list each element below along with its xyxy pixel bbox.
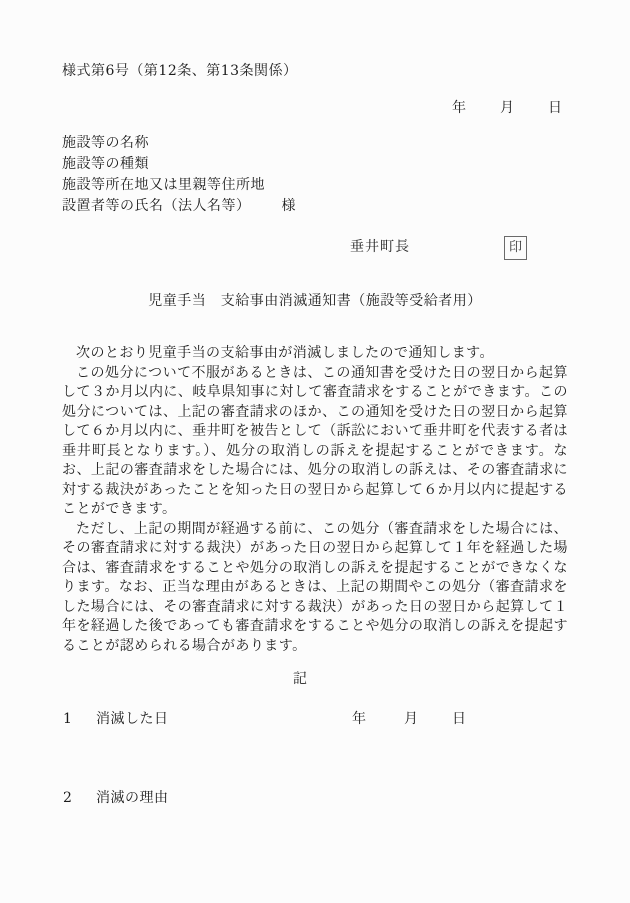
addressee-block: 施設等の名称 施設等の種類 施設等所在地又は里親等住所地 設置者等の氏名（法人名…	[62, 133, 296, 217]
body-text: 次のとおり児童手当の支給事由が消滅しましたので通知します。 この処分について不服…	[62, 344, 568, 656]
sender-name: 垂井町長	[350, 238, 410, 258]
body-paragraph-appeal: この処分について不服があるときは、この通知書を受けた日の翌日から起算して３か月以…	[62, 364, 568, 520]
document-title: 児童手当 支給事由消滅通知書（施設等受給者用）	[0, 292, 630, 312]
honorific-sama: 様	[281, 198, 296, 214]
issue-date-month-label: 月	[500, 99, 514, 119]
item-1-day-label: 日	[452, 710, 466, 730]
issue-date-line: 年 月 日	[0, 99, 630, 119]
item-2-label: 消滅の理由	[96, 789, 169, 809]
item-row-extinction-reason: 2 消滅の理由	[0, 789, 630, 811]
body-paragraph-deadline: ただし、上記の期間が経過する前に、この処分（審査請求をした場合には、その審査請求…	[62, 520, 568, 657]
body-paragraph-notice: 次のとおり児童手当の支給事由が消滅しましたので通知します。	[62, 344, 568, 364]
issue-date-year-label: 年	[452, 99, 466, 119]
facility-address-label: 施設等所在地又は里親等住所地	[62, 175, 296, 196]
item-1-year-label: 年	[352, 710, 366, 730]
item-1-label: 消滅した日	[96, 710, 169, 730]
notice-document-page: 様式第6号（第12条、第13条関係） 年 月 日 施設等の名称 施設等の種類 施…	[0, 0, 630, 903]
item-1-month-label: 月	[404, 710, 418, 730]
founder-name-line: 設置者等の氏名（法人名等） 様	[62, 196, 296, 217]
seal-stamp-box: 印	[504, 236, 527, 260]
facility-name-label: 施設等の名称	[62, 133, 296, 154]
sender-row: 垂井町長 印	[0, 236, 630, 262]
record-marker-ki: 記	[0, 670, 630, 690]
issue-date-day-label: 日	[548, 99, 562, 119]
item-2-number: 2	[63, 789, 72, 809]
facility-type-label: 施設等の種類	[62, 154, 296, 175]
item-1-number: 1	[63, 710, 72, 730]
item-row-extinction-date: 1 消滅した日 年 月 日	[0, 710, 630, 732]
founder-name-label: 設置者等の氏名（法人名等）	[62, 198, 251, 214]
form-number: 様式第6号（第12条、第13条関係）	[62, 62, 298, 82]
